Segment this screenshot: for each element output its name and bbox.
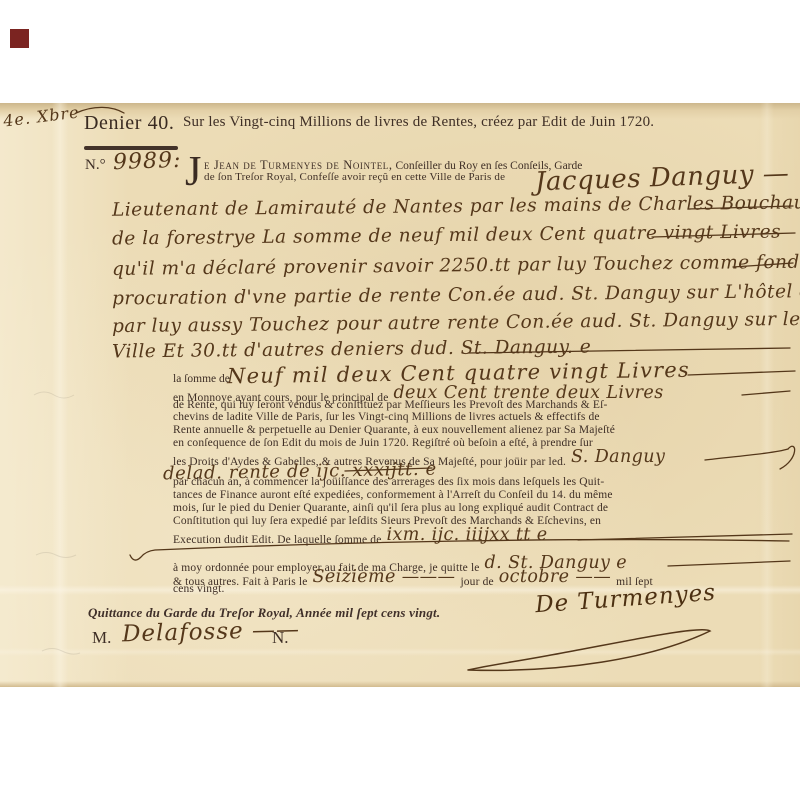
n-label: N.: [272, 628, 289, 648]
closing-line-3: cens vingt.: [173, 583, 224, 595]
fold-crease-horizontal-2: [0, 648, 800, 656]
edict-title: Sur les Vingt-cinq Millions de livres de…: [183, 114, 654, 131]
corner-marker: [10, 29, 29, 48]
body-line-2: de Rente, qui luy ſeront vendus & conſti…: [173, 399, 607, 411]
day-handwritten: Seizieme ———: [313, 567, 456, 587]
opening-line-2: de ſon Treſor Royal, Confeſſe avoir reçû…: [204, 171, 505, 183]
body-line-5: en conſequence de ſon Edit du mois de Ju…: [173, 437, 593, 449]
fold-crease-vertical-left: [52, 103, 68, 687]
denier-heading: Denier 40.: [84, 112, 174, 135]
danguy-insert-handwritten: S. Danguy: [571, 447, 665, 467]
body-line-3: chevins de ladite Ville de Paris, ſur le…: [173, 411, 600, 423]
document-photo: 4e. Xbre Denier 40. Sur les Vingt-cinq M…: [0, 0, 800, 800]
body-line-12-print: Execution dudit Edit. De laquelle ſomme …: [173, 534, 381, 546]
body-line-9: tances de Finance auront eſté expediées,…: [173, 489, 613, 501]
fold-crease-vertical-right: [760, 103, 774, 687]
month-handwritten: octobre ——: [499, 567, 611, 587]
treasurer-name: e Jean de Turmenyes de Nointel,: [204, 158, 393, 172]
serial-prefix: N.°: [85, 157, 106, 174]
body-line-10: mois, ſur le pied du Denier Quarante, ai…: [173, 502, 608, 514]
date-line-print-b: jour de: [460, 576, 493, 588]
sum-label: la ſomme de: [173, 373, 230, 385]
serial-number: 9989:: [113, 148, 182, 175]
body-line-8: par chacun an, à commencer la joüiſſance…: [173, 476, 604, 488]
m-label: M.: [92, 628, 111, 648]
dropcap-initial: J: [185, 151, 201, 193]
closing-date-line: & tous autres. Fait à Paris leSeizieme —…: [173, 570, 653, 590]
sum-roman-handwritten: ixm. ijc. iiijxx tt e: [386, 525, 547, 545]
body-line-4: Rente annuelle & perpetuelle au Denier Q…: [173, 424, 615, 436]
body-line-12: Execution dudit Edit. De laquelle ſomme …: [173, 528, 548, 548]
